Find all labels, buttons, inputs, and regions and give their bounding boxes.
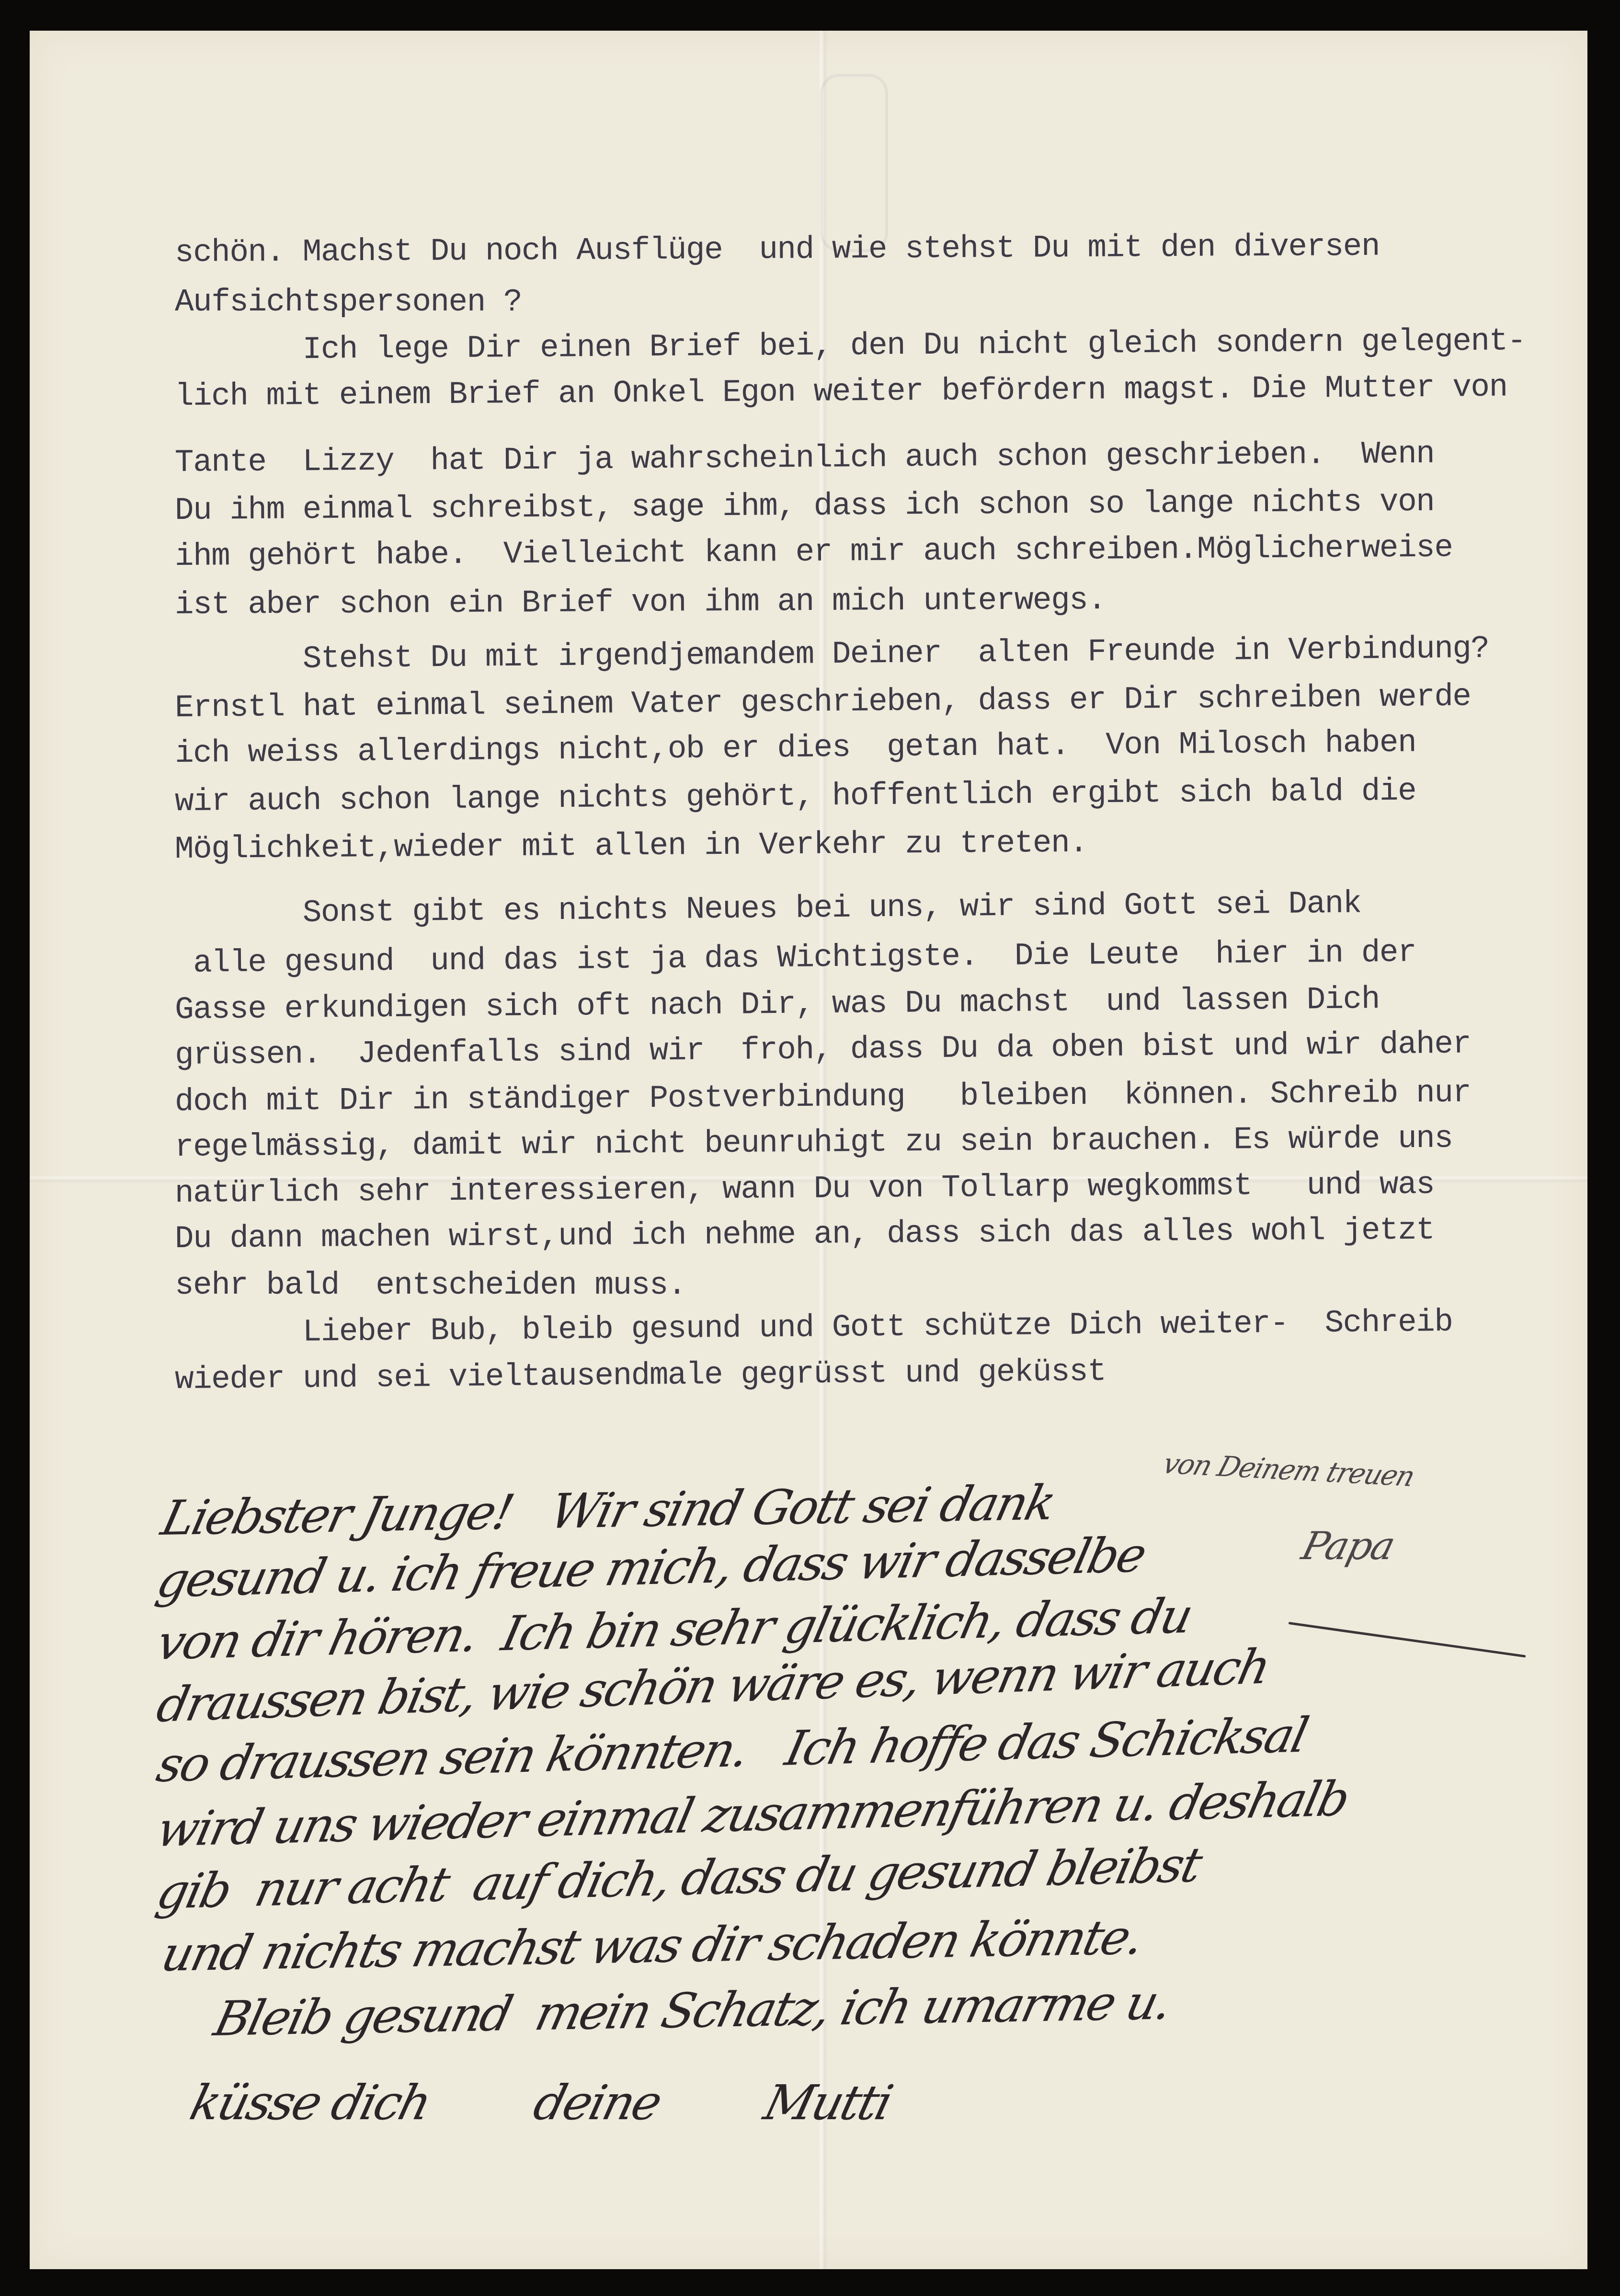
typed-line: wieder und sei vieltausendmale gegrüsst …	[175, 1354, 1106, 1398]
typed-line: Ich lege Dir einen Brief bei, den Du nic…	[175, 323, 1526, 368]
typed-line: Du ihm einmal schreibst, sage ihm, dass …	[175, 484, 1435, 528]
typed-line: schön. Machst Du noch Ausflüge und wie s…	[175, 229, 1380, 271]
typed-line: natürlich sehr interessieren, wann Du vo…	[175, 1167, 1435, 1211]
typed-line: Möglichkeit,wieder mit allen in Verkehr …	[175, 825, 1088, 867]
typed-line: Tante Lizzy hat Dir ja wahrscheinlich au…	[175, 436, 1435, 481]
typed-line: Ernstl hat einmal seinem Vater geschrieb…	[175, 678, 1471, 726]
typed-line: Stehst Du mit irgendjemandem Deiner alte…	[175, 631, 1489, 678]
handwritten-insert-papa: Papa	[1297, 1524, 1399, 1568]
typed-line: Sonst gibt es nichts Neues bei uns, wir …	[175, 885, 1361, 932]
typed-line: Lieber Bub, bleib gesund und Gott schütz…	[175, 1304, 1453, 1351]
typed-line: doch mit Dir in ständiger Postverbindung…	[175, 1075, 1471, 1120]
typed-line: wir auch schon lange nichts gehört, hoff…	[175, 773, 1416, 820]
typed-line: sehr bald entscheiden muss.	[175, 1267, 686, 1303]
typed-line: grüssen. Jedenfalls sind wir froh, dass …	[175, 1026, 1471, 1073]
typed-line: alle gesund und das ist ja das Wichtigst…	[175, 934, 1416, 981]
typed-line: lich mit einem Brief an Onkel Egon weite…	[175, 369, 1507, 414]
typed-line: ihm gehört habe. Vielleicht kann er mir …	[175, 529, 1453, 574]
typed-line: Gasse erkundigen sich oft nach Dir, was …	[175, 981, 1380, 1028]
typed-line: ich weiss allerdings nicht,ob er dies ge…	[175, 724, 1416, 771]
typed-line: Du dann machen wirst,und ich nehme an, d…	[175, 1212, 1435, 1257]
handwritten-signature-line: küsse dich deine Mutti	[184, 2075, 897, 2131]
typed-line: Aufsichtspersonen ?	[175, 284, 522, 320]
typed-line: regelmässig, damit wir nicht beunruhigt …	[175, 1120, 1453, 1165]
typed-line: ist aber schon ein Brief von ihm an mich…	[175, 582, 1106, 623]
